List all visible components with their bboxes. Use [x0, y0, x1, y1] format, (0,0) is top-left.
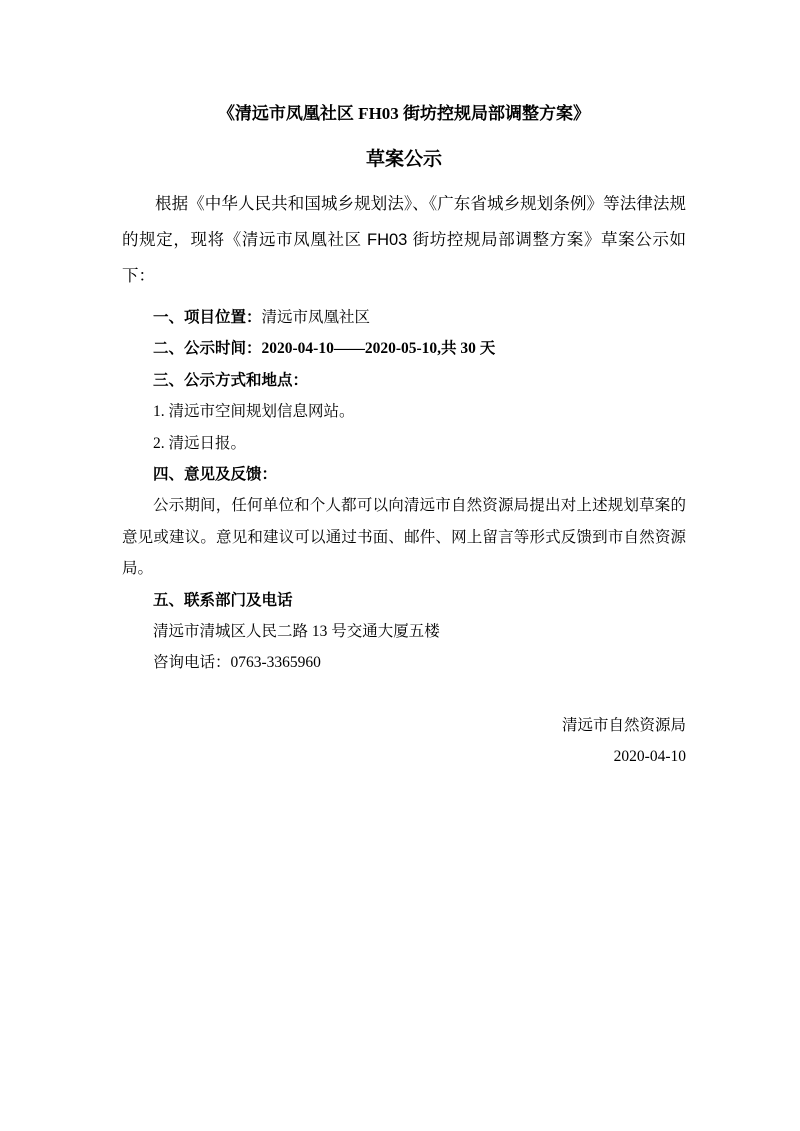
- section-contact-label: 五、联系部门及电话: [153, 592, 293, 609]
- list-item-newspaper: 2. 清远日报。: [122, 428, 686, 459]
- section-feedback-label: 四、意见及反馈：: [153, 466, 277, 483]
- signature-date: 2020-04-10: [122, 741, 686, 772]
- section-publicity-method-heading: 三、公示方式和地点：: [122, 365, 686, 396]
- section-project-location: 一、项目位置：清远市凤凰社区: [122, 302, 686, 333]
- section-feedback-heading: 四、意见及反馈：: [122, 459, 686, 490]
- section-publicity-period-value: 2020-04-10——2020-05-10,共 30 天: [262, 340, 496, 357]
- section-contact-heading: 五、联系部门及电话: [122, 585, 686, 616]
- intro-paragraph: 根据《中华人民共和国城乡规划法》、《广东省城乡规划条例》等法律法规的规定，现将《…: [122, 186, 686, 294]
- signature-block: 清远市自然资源局 2020-04-10: [122, 710, 686, 773]
- list-item-website: 1. 清远市空间规划信息网站。: [122, 396, 686, 427]
- contact-address: 清远市清城区人民二路 13 号交通大厦五楼: [122, 616, 686, 647]
- signature-org: 清远市自然资源局: [122, 710, 686, 741]
- section-project-location-value: 清远市凤凰社区: [262, 309, 371, 326]
- document-subtitle: 草案公示: [122, 147, 686, 173]
- section-publicity-method-label: 三、公示方式和地点：: [153, 372, 308, 389]
- contact-phone: 咨询电话：0763-3365960: [122, 647, 686, 678]
- section-project-location-label: 一、项目位置：: [153, 309, 262, 326]
- document-title: 《清远市凤凰社区 FH03 街坊控规局部调整方案》: [122, 101, 686, 127]
- feedback-paragraph: 公示期间，任何单位和个人都可以向清远市自然资源局提出对上述规划草案的意见或建议。…: [122, 490, 686, 584]
- section-publicity-period: 二、公示时间：2020-04-10——2020-05-10,共 30 天: [122, 333, 686, 364]
- document-page: 《清远市凤凰社区 FH03 街坊控规局部调整方案》 草案公示 根据《中华人民共和…: [0, 0, 800, 1131]
- section-publicity-period-label: 二、公示时间：: [153, 340, 262, 357]
